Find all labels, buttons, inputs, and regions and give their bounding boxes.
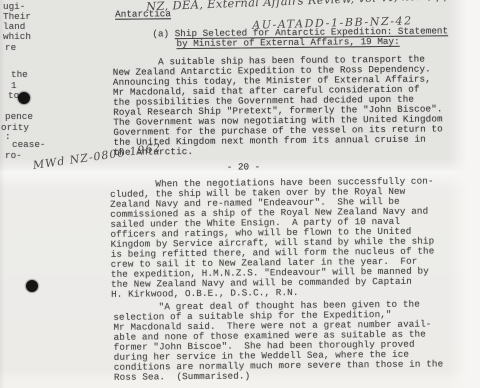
heading-line-2: by Minister of External Affairs, 19 May: bbox=[176, 36, 399, 49]
heading-prefix: (a) bbox=[152, 28, 174, 39]
handwritten-citation: NZ, DEA, External Affairs Review, vol VI… bbox=[146, 0, 480, 13]
typed-content: Antarctica NZ, DEA, External Affairs Rev… bbox=[0, 0, 480, 388]
document-heading-line-2: by Minister of External Affairs, 19 May: bbox=[176, 37, 399, 49]
page-number: - 20 - bbox=[227, 162, 261, 172]
paragraph-3: "A great deal of thought has been given … bbox=[113, 299, 443, 382]
paragraph-1: A suitable ship has been found to transp… bbox=[113, 54, 443, 157]
paragraph-2: When the negotiations have been successf… bbox=[110, 176, 435, 299]
scanned-document-page: ugi- Their land which re the 1 to, pence… bbox=[0, 0, 480, 388]
